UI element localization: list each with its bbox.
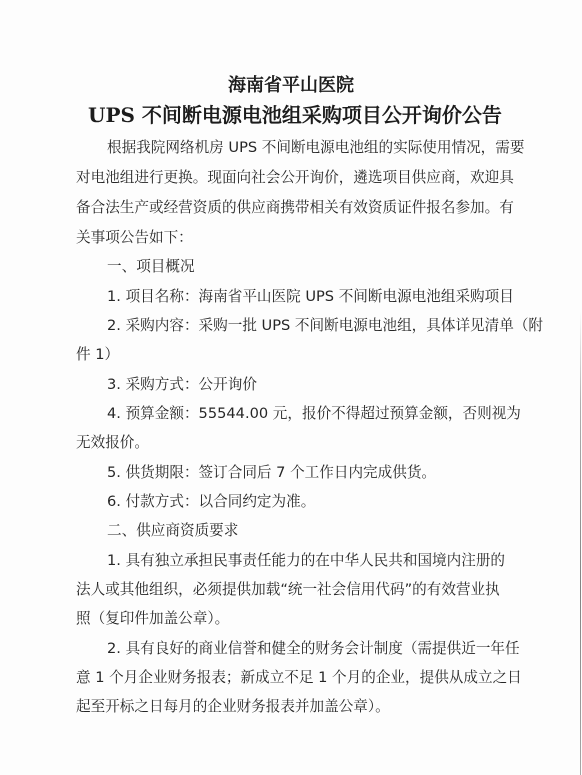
item-procurement-method: 3. 采购方式：公开询价	[107, 375, 257, 395]
item-budget-amount: 4. 预算金额：55544.00 元，报价不得超过预算金额，否则视为	[107, 404, 521, 424]
qualification-item-legal-entity-cont: 照（复印件加盖公章）。	[76, 609, 229, 629]
qualification-item-financial-cont: 意 1 个月企业财务报表；新成立不足 1 个月的企业，提供从成立之日	[76, 668, 522, 688]
item-budget-amount-cont: 无效报价。	[76, 433, 149, 453]
item-project-name: 1. 项目名称：海南省平山医院 UPS 不间断电源电池组采购项目	[107, 287, 514, 307]
qualification-item-legal-entity: 1. 具有独立承担民事责任能力的在中华人民共和国境内注册的	[107, 551, 505, 571]
item-payment-method: 6. 付款方式：以合同约定为准。	[107, 492, 315, 512]
item-procurement-content-cont: 件 1）	[76, 345, 119, 365]
qualification-item-financial-cont: 起至开标之日每月的企业财务报表并加盖公章）。	[76, 697, 390, 717]
intro-line: 关事项公告如下：	[76, 228, 193, 248]
intro-line: 备合法生产或经营资质的供应商携带相关有效资质证件报名参加。有	[76, 198, 514, 218]
qualification-item-legal-entity-cont: 法人或其他组织，必须提供加载“统一社会信用代码”的有效营业执	[76, 580, 500, 600]
item-procurement-content: 2. 采购内容：采购一批 UPS 不间断电源电池组，具体详见清单（附	[107, 316, 543, 336]
section-heading-supplier-qualifications: 二、供应商资质要求	[107, 521, 238, 541]
document-title-announcement: UPS 不间断电源电池组采购项目公开询价公告	[4, 101, 582, 129]
qualification-item-financial: 2. 具有良好的商业信誉和健全的财务会计制度（需提供近一年任	[107, 639, 520, 659]
section-heading-project-overview: 一、项目概况	[107, 257, 195, 277]
document-title-organization: 海南省平山医院	[0, 74, 582, 98]
scan-edge-line	[580, 310, 581, 775]
intro-line: 对电池组进行更换。现面向社会公开询价，遴选项目供应商，欢迎具	[76, 168, 514, 188]
intro-line: 根据我院网络机房 UPS 不间断电源电池组的实际使用情况，需要	[107, 138, 524, 158]
item-delivery-period: 5. 供货期限：签订合同后 7 个工作日内完成供货。	[107, 463, 436, 483]
document-page: 海南省平山医院 UPS 不间断电源电池组采购项目公开询价公告 根据我院网络机房 …	[0, 0, 582, 775]
